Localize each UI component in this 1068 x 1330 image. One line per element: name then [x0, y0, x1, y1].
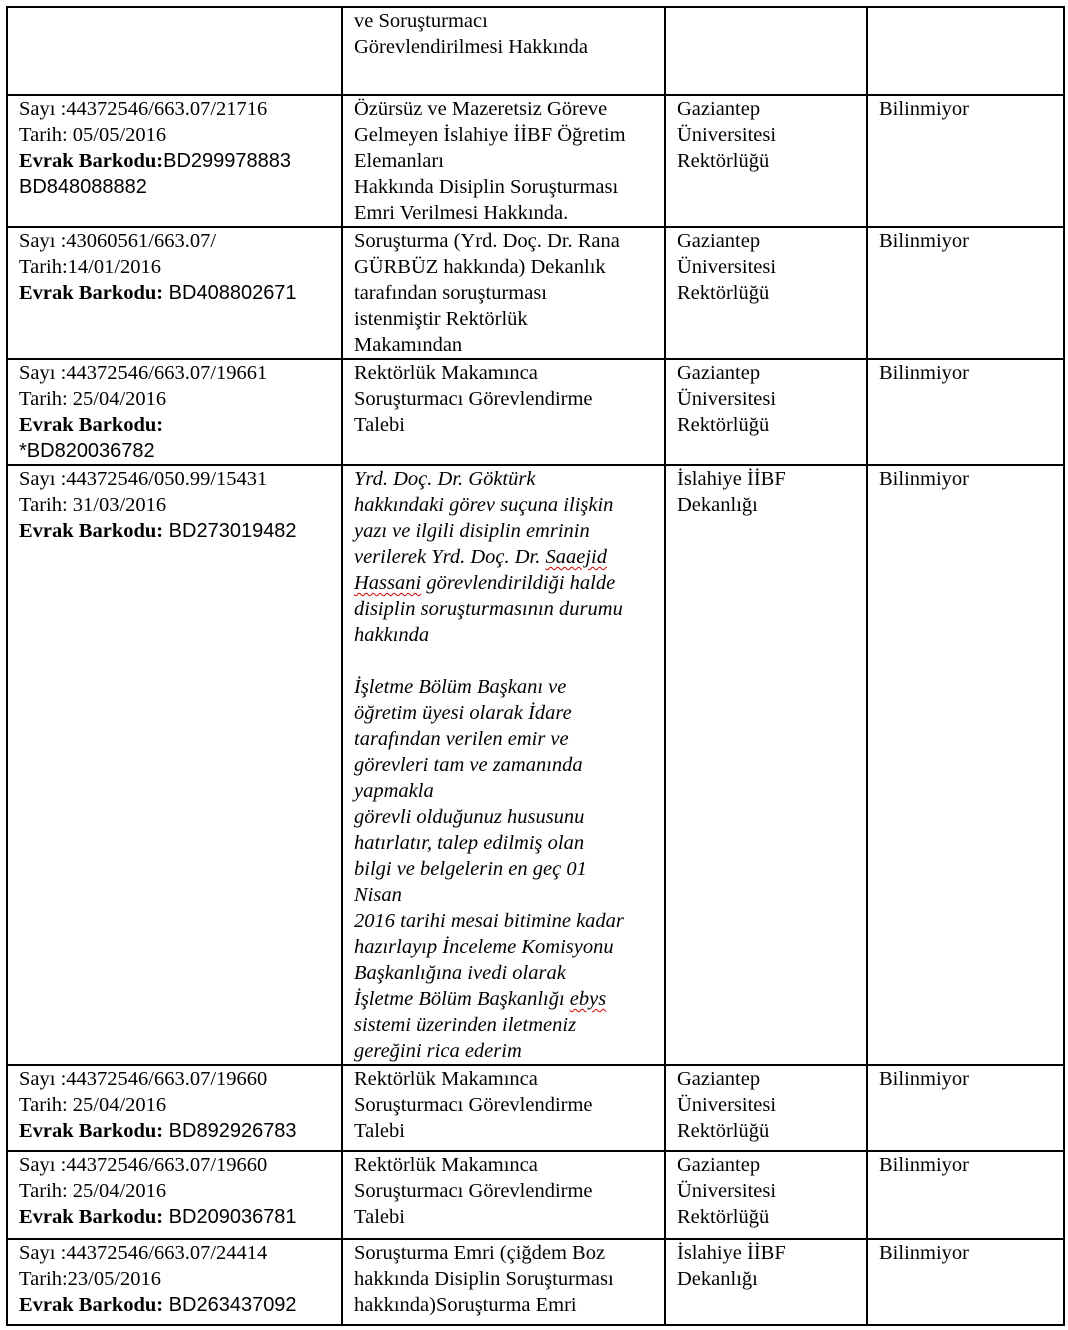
- source-cell: Gaziantep Üniversitesi Rektörlüğü: [665, 95, 867, 227]
- status-cell: Bilinmiyor: [867, 95, 1064, 227]
- status-cell: Bilinmiyor: [867, 1239, 1064, 1325]
- status-cell: Bilinmiyor: [867, 1151, 1064, 1239]
- barkod: Evrak Barkodu: BD263437092: [19, 1292, 333, 1318]
- tarih: Tarih: 25/04/2016: [19, 1178, 333, 1204]
- status-text: Bilinmiyor: [879, 1154, 969, 1176]
- source-line: Dekanlığı: [677, 492, 858, 518]
- subject-cell: Soruşturma Emri (çiğdem Boz hakkında Dis…: [342, 1239, 665, 1325]
- documents-table: ve Soruşturmacı Görevlendirilmesi Hakkın…: [6, 6, 1065, 1326]
- barkod-label: Evrak Barkodu:: [19, 1294, 163, 1316]
- barkod: Evrak Barkodu: BD892926783: [19, 1118, 333, 1144]
- subject-line: Gelmeyen İslahiye İİBF Öğretim: [354, 122, 656, 148]
- barkod: Evrak Barkodu:BD299978883: [19, 148, 333, 174]
- sayi: Sayı :44372546/663.07/19660: [19, 1066, 333, 1092]
- ref-cell: Sayı :44372546/663.07/19660 Tarih: 25/04…: [7, 1065, 342, 1151]
- ref-cell: [7, 7, 342, 95]
- source-line: Gaziantep: [677, 1152, 858, 1178]
- subject-line: 2016 tarihi mesai bitimine kadar: [354, 908, 656, 934]
- subject-line: Görevlendirilmesi Hakkında: [354, 34, 656, 60]
- subject-line: disiplin soruşturmasının durumu: [354, 596, 656, 622]
- barkod-extra: BD848088882: [19, 174, 333, 200]
- sayi: Sayı :44372546/663.07/19661: [19, 360, 333, 386]
- subject-cell: Özürsüz ve Mazeretsiz Göreve Gelmeyen İs…: [342, 95, 665, 227]
- barkod-label: Evrak Barkodu:: [19, 520, 163, 542]
- table-row: Sayı :44372546/663.07/19661 Tarih: 25/04…: [7, 359, 1064, 465]
- paragraph-gap: [354, 648, 656, 674]
- ref-cell: Sayı :44372546/663.07/19661 Tarih: 25/04…: [7, 359, 342, 465]
- table-row: Sayı :44372546/663.07/21716 Tarih: 05/05…: [7, 95, 1064, 227]
- subject-line: sistemi üzerinden iletmeniz: [354, 1012, 656, 1038]
- subject-line: tarafından verilen emir ve: [354, 726, 656, 752]
- subject-cell: Rektörlük Makamınca Soruşturmacı Görevle…: [342, 359, 665, 465]
- source-cell: İslahiye İİBF Dekanlığı: [665, 1239, 867, 1325]
- subject-line: görevleri tam ve zamanında: [354, 752, 656, 778]
- barkod-value: BD209036781: [163, 1206, 296, 1228]
- subject-line: Rektörlük Makamınca: [354, 1066, 656, 1092]
- source-line: Üniversitesi: [677, 1178, 858, 1204]
- subject-line: Talebi: [354, 412, 656, 438]
- tarih: Tarih: 31/03/2016: [19, 492, 333, 518]
- status-text: Bilinmiyor: [879, 230, 969, 252]
- sayi: Sayı :44372546/050.99/15431: [19, 466, 333, 492]
- tarih: Tarih:14/01/2016: [19, 254, 333, 280]
- status-cell: [867, 7, 1064, 95]
- subject-line: görevli olduğunuz hususunu: [354, 804, 656, 830]
- ref-cell: Sayı :44372546/050.99/15431 Tarih: 31/03…: [7, 465, 342, 1065]
- sayi: Sayı :43060561/663.07/: [19, 228, 333, 254]
- ref-cell: Sayı :43060561/663.07/ Tarih:14/01/2016 …: [7, 227, 342, 359]
- tarih: Tarih: 25/04/2016: [19, 1092, 333, 1118]
- source-line: Rektörlüğü: [677, 148, 858, 174]
- source-line: Rektörlüğü: [677, 412, 858, 438]
- source-line: İslahiye İİBF: [677, 1240, 858, 1266]
- source-line: Üniversitesi: [677, 254, 858, 280]
- subject-line: Rektörlük Makamınca: [354, 360, 656, 386]
- source-line: Gaziantep: [677, 360, 858, 386]
- ref-cell: Sayı :44372546/663.07/24414 Tarih:23/05/…: [7, 1239, 342, 1325]
- source-line: Rektörlüğü: [677, 280, 858, 306]
- tarih: Tarih: 05/05/2016: [19, 122, 333, 148]
- subject-line: hatırlatır, talep edilmiş olan: [354, 830, 656, 856]
- subject-line: Talebi: [354, 1204, 656, 1230]
- subject-line: Soruşturmacı Görevlendirme: [354, 1092, 656, 1118]
- tarih: Tarih:23/05/2016: [19, 1266, 333, 1292]
- subject-line: hakkında)Soruşturma Emri: [354, 1292, 656, 1318]
- table-row: Sayı :44372546/663.07/19660 Tarih: 25/04…: [7, 1065, 1064, 1151]
- status-cell: Bilinmiyor: [867, 227, 1064, 359]
- status-text: Bilinmiyor: [879, 362, 969, 384]
- status-text: Bilinmiyor: [879, 1068, 969, 1090]
- barkod-label: Evrak Barkodu:: [19, 412, 333, 438]
- source-line: Üniversitesi: [677, 122, 858, 148]
- subject-line: bilgi ve belgelerin en geç 01: [354, 856, 656, 882]
- barkod: Evrak Barkodu: BD273019482: [19, 518, 333, 544]
- subject-line: tarafından soruşturması: [354, 280, 656, 306]
- source-cell: Gaziantep Üniversitesi Rektörlüğü: [665, 359, 867, 465]
- subject-line: Başkanlığına ivedi olarak: [354, 960, 656, 986]
- subject-line: hakkında Disiplin Soruşturması: [354, 1266, 656, 1292]
- subject-line: gereğini rica ederim: [354, 1038, 656, 1064]
- source-line: Gaziantep: [677, 1066, 858, 1092]
- barkod-value: BD263437092: [163, 1294, 296, 1316]
- source-line: Gaziantep: [677, 228, 858, 254]
- barkod-value: BD273019482: [163, 520, 296, 542]
- subject-line: Emri Verilmesi Hakkında.: [354, 200, 656, 226]
- subject-line: Yrd. Doç. Dr. Göktürk: [354, 466, 656, 492]
- source-line: Rektörlüğü: [677, 1204, 858, 1230]
- subject-line: GÜRBÜZ hakkında) Dekanlık: [354, 254, 656, 280]
- subject-line: Soruşturma Emri (çiğdem Boz: [354, 1240, 656, 1266]
- subject-cell: Rektörlük Makamınca Soruşturmacı Görevle…: [342, 1151, 665, 1239]
- subject-line: Soruşturmacı Görevlendirme: [354, 386, 656, 412]
- barkod-value: BD299978883: [163, 150, 291, 172]
- subject-line: Soruşturmacı Görevlendirme: [354, 1178, 656, 1204]
- source-line: Gaziantep: [677, 96, 858, 122]
- subject-line: hakkında: [354, 622, 656, 648]
- subject-cell: ve Soruşturmacı Görevlendirilmesi Hakkın…: [342, 7, 665, 95]
- subject-line: Özürsüz ve Mazeretsiz Göreve: [354, 96, 656, 122]
- source-line: Dekanlığı: [677, 1266, 858, 1292]
- barkod-label: Evrak Barkodu:: [19, 1120, 163, 1142]
- subject-line: verilerek Yrd. Doç. Dr. Saaejid: [354, 544, 656, 570]
- subject-cell: Rektörlük Makamınca Soruşturmacı Görevle…: [342, 1065, 665, 1151]
- source-cell: Gaziantep Üniversitesi Rektörlüğü: [665, 227, 867, 359]
- table-row: Sayı :43060561/663.07/ Tarih:14/01/2016 …: [7, 227, 1064, 359]
- sayi: Sayı :44372546/663.07/21716: [19, 96, 333, 122]
- barkod-label: Evrak Barkodu:: [19, 150, 163, 172]
- subject-line: Makamından: [354, 332, 656, 358]
- ref-cell: Sayı :44372546/663.07/19660 Tarih: 25/04…: [7, 1151, 342, 1239]
- subject-line: istenmiştir Rektörlük: [354, 306, 656, 332]
- subject-cell: Yrd. Doç. Dr. Göktürk hakkındaki görev s…: [342, 465, 665, 1065]
- subject-line: hazırlayıp İnceleme Komisyonu: [354, 934, 656, 960]
- spellcheck-marked-word: ebys: [570, 988, 606, 1010]
- subject-line: Talebi: [354, 1118, 656, 1144]
- table-row: Sayı :44372546/663.07/19660 Tarih: 25/04…: [7, 1151, 1064, 1239]
- status-cell: Bilinmiyor: [867, 359, 1064, 465]
- subject-line: Hassani görevlendirildiği halde: [354, 570, 656, 596]
- text-segment: verilerek Yrd. Doç. Dr.: [354, 546, 546, 568]
- status-text: Bilinmiyor: [879, 1242, 969, 1264]
- source-line: Üniversitesi: [677, 386, 858, 412]
- source-cell: Gaziantep Üniversitesi Rektörlüğü: [665, 1065, 867, 1151]
- subject-line: İşletme Bölüm Başkanı ve: [354, 674, 656, 700]
- text-segment: İşletme Bölüm Başkanlığı: [354, 988, 570, 1010]
- sayi: Sayı :44372546/663.07/24414: [19, 1240, 333, 1266]
- status-cell: Bilinmiyor: [867, 1065, 1064, 1151]
- subject-line: Rektörlük Makamınca: [354, 1152, 656, 1178]
- subject-line: İşletme Bölüm Başkanlığı ebys: [354, 986, 656, 1012]
- subject-line: yapmakla: [354, 778, 656, 804]
- subject-line: Soruşturma (Yrd. Doç. Dr. Rana: [354, 228, 656, 254]
- source-cell: İslahiye İİBF Dekanlığı: [665, 465, 867, 1065]
- table-row: Sayı :44372546/050.99/15431 Tarih: 31/03…: [7, 465, 1064, 1065]
- tarih: Tarih: 25/04/2016: [19, 386, 333, 412]
- subject-line: Hakkında Disiplin Soruşturması: [354, 174, 656, 200]
- ref-cell: Sayı :44372546/663.07/21716 Tarih: 05/05…: [7, 95, 342, 227]
- subject-cell: Soruşturma (Yrd. Doç. Dr. Rana GÜRBÜZ ha…: [342, 227, 665, 359]
- barkod-value: BD408802671: [163, 282, 296, 304]
- subject-line: ve Soruşturmacı: [354, 8, 656, 34]
- table-row: Sayı :44372546/663.07/24414 Tarih:23/05/…: [7, 1239, 1064, 1325]
- source-line: Üniversitesi: [677, 1092, 858, 1118]
- barkod-label: Evrak Barkodu:: [19, 1206, 163, 1228]
- subject-line: öğretim üyesi olarak İdare: [354, 700, 656, 726]
- text-segment: görevlendirildiği halde: [421, 572, 615, 594]
- status-text: Bilinmiyor: [879, 98, 969, 120]
- source-cell: Gaziantep Üniversitesi Rektörlüğü: [665, 1151, 867, 1239]
- spellcheck-marked-word: Hassani: [354, 572, 421, 594]
- barkod: Evrak Barkodu: BD408802671: [19, 280, 333, 306]
- table-row: ve Soruşturmacı Görevlendirilmesi Hakkın…: [7, 7, 1064, 95]
- source-line: Rektörlüğü: [677, 1118, 858, 1144]
- subject-line: hakkındaki görev suçuna ilişkin: [354, 492, 656, 518]
- barkod-value: BD892926783: [163, 1120, 296, 1142]
- source-cell: [665, 7, 867, 95]
- barkod-label: Evrak Barkodu:: [19, 282, 163, 304]
- status-cell: Bilinmiyor: [867, 465, 1064, 1065]
- spellcheck-marked-word: Saaejid: [546, 546, 608, 568]
- source-line: İslahiye İİBF: [677, 466, 858, 492]
- subject-line: Nisan: [354, 882, 656, 908]
- status-text: Bilinmiyor: [879, 468, 969, 490]
- subject-line: Elemanları: [354, 148, 656, 174]
- barkod-value: *BD820036782: [19, 438, 333, 464]
- barkod: Evrak Barkodu: BD209036781: [19, 1204, 333, 1230]
- subject-line: yazı ve ilgili disiplin emrinin: [354, 518, 656, 544]
- sayi: Sayı :44372546/663.07/19660: [19, 1152, 333, 1178]
